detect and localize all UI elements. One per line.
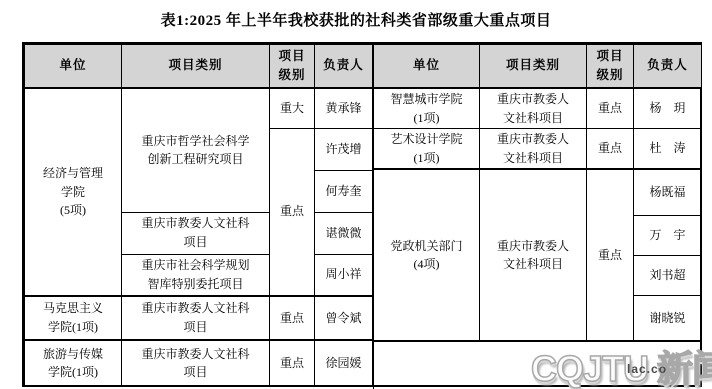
level-cell: 重点 [270,128,315,296]
level-cell: 重大 [270,88,315,128]
leader-cell: 何寿奎 [315,170,373,212]
header-leader: 负责人 [634,45,702,89]
table-row: 党政机关部门 (4项) 重庆市教委人 文社科项目 重点 杨既福 [374,169,702,215]
level-cell: 重点 [587,169,634,341]
header-category: 项目类别 [480,45,587,89]
header-leader: 负责人 [315,45,373,89]
header-row: 单位 项目类别 项目 级别 负责人 [374,45,702,89]
projects-table: 单位 项目类别 项目 级别 负责人 经济与管理 学院 (5项) 重庆市哲学社会科… [22,42,702,387]
table-row: 马克思主义 学院(1项) 重庆市教委人文社科 项目 重点 曾令斌 [25,296,373,340]
header-row: 单位 项目类别 项目 级别 负责人 [25,45,373,89]
unit-cell: 马克思主义 学院(1项) [25,296,122,340]
table-row: 智慧城市学院 (1项) 重庆市教委人 文社科项目 重点 杨 玥 [374,88,702,129]
category-cell: 重庆市教委人 文社科项目 [480,169,587,341]
leader-cell: 杨既福 [634,169,702,215]
unit-cell: 经济与管理 学院 (5项) [25,88,122,296]
category-cell: 重庆市教委人 文社科项目 [480,88,587,129]
header-level: 项目 级别 [270,45,315,89]
table-row: 艺术设计学院 (1项) 重庆市教委人 文社科项目 重点 杜 涛 [374,129,702,170]
leader-cell: 曾令斌 [315,296,373,340]
category-cell: 重庆市教委人文社科 项目 [122,340,270,386]
leader-cell: 谢晓锐 [634,295,702,341]
projects-table-left: 单位 项目类别 项目 级别 负责人 经济与管理 学院 (5项) 重庆市哲学社会科… [24,44,373,387]
projects-table-right: 单位 项目类别 项目 级别 负责人 智慧城市学院 (1项) 重庆市教委人 文社科… [373,44,702,389]
level-cell: 重点 [587,88,634,129]
table-row [374,341,702,389]
unit-cell: 智慧城市学院 (1项) [374,88,480,129]
unit-cell: 旅游与传媒 学院(1项) [25,340,122,386]
leader-cell: 刘书超 [634,255,702,295]
leader-cell: 万 宇 [634,215,702,255]
leader-cell: 许茂增 [315,128,373,170]
level-cell: 重点 [270,340,315,386]
leader-cell: 黄承锋 [315,88,373,128]
leader-cell: 杜 涛 [634,129,702,170]
category-cell: 重庆市哲学社会科学 创新工程研究项目 [122,88,270,212]
table-row: 旅游与传媒 学院(1项) 重庆市教委人文社科 项目 重点 徐园媛 [25,340,373,386]
leader-cell: 徐园媛 [315,340,373,386]
header-level: 项目 级别 [587,45,634,89]
level-cell: 重点 [587,129,634,170]
category-cell: 重庆市教委人 文社科项目 [480,129,587,170]
table-title: 表1:2025 年上半年我校获批的社科类省部级重大重点项目 [0,0,712,30]
leader-cell: 杨 玥 [634,88,702,129]
header-category: 项目类别 [122,45,270,89]
unit-cell: 党政机关部门 (4项) [374,169,480,341]
header-unit: 单位 [25,45,122,89]
level-cell: 重点 [270,296,315,340]
empty-cell [374,341,702,389]
table-row: 经济与管理 学院 (5项) 重庆市哲学社会科学 创新工程研究项目 重大 黄承锋 [25,88,373,128]
leader-cell: 周小祥 [315,254,373,296]
unit-cell: 艺术设计学院 (1项) [374,129,480,170]
leader-cell: 谌微微 [315,212,373,254]
category-cell: 重庆市社会科学规划 智库特别委托项目 [122,254,270,296]
category-cell: 重庆市教委人文社科 项目 [122,212,270,254]
category-cell: 重庆市教委人文社科 项目 [122,296,270,340]
header-unit: 单位 [374,45,480,89]
